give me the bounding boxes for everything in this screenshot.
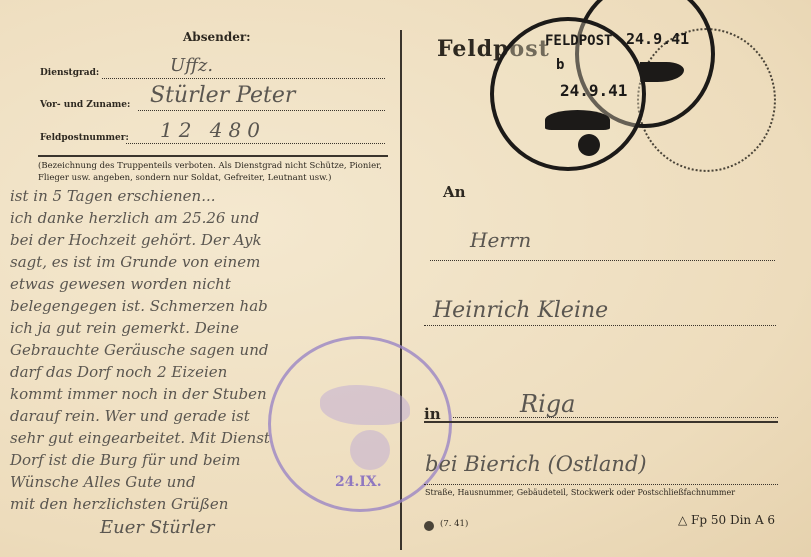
eagle-icon — [545, 110, 610, 130]
salutation-line — [430, 260, 775, 261]
city-rule — [424, 421, 778, 423]
fieldpost-line — [126, 143, 385, 144]
fieldpost-label: Feldpostnummer: — [40, 133, 129, 143]
rank-label: Dienstgrad: — [40, 68, 99, 78]
message-line: darauf rein. Wer und gerade ist — [10, 407, 250, 425]
message-line: Wünsche Alles Gute und — [10, 473, 196, 491]
sender-rule — [38, 155, 388, 157]
message-line: Gebrauchte Geräusche sagen und — [10, 341, 268, 359]
fieldpost-value: 12 480 — [160, 118, 266, 142]
recipient-city: Riga — [520, 390, 575, 418]
name-label: Vor- und Zuname: — [40, 100, 130, 110]
name-line — [138, 110, 385, 111]
message-line: darf das Dorf noch 2 Eizeien — [10, 363, 227, 381]
form-code: △ Fp 50 Din A 6 — [678, 513, 775, 527]
name-line — [424, 325, 776, 326]
recipient-street: bei Bierich (Ostland) — [425, 452, 647, 476]
message-line: sehr gut eingearbeitet. Mit Dienst — [10, 429, 270, 447]
message-line: etwas gewesen worden nicht — [10, 275, 231, 293]
message-line: kommt immer noch in der Stuben — [10, 385, 267, 403]
city-line — [453, 417, 778, 418]
message-line: belegengegen ist. Schmerzen hab — [10, 297, 268, 315]
street-line — [424, 484, 778, 485]
message-line: mit den herzlichsten Grüßen — [10, 495, 228, 513]
message-line: Dorf ist die Burg für und beim — [10, 451, 240, 469]
censor-date: 24.IX. — [335, 474, 382, 490]
message-line: sagt, es ist im Grunde von einem — [10, 253, 260, 271]
to-label: An — [443, 183, 466, 201]
name-value: Stürler Peter — [150, 83, 295, 108]
postmark-secondary-date: 24.9.41 — [626, 30, 689, 48]
print-code: (7. 41) — [440, 518, 468, 530]
message-line: ist in 5 Tagen erschienen... — [10, 187, 216, 205]
postmark-text: FELDPOST — [545, 33, 612, 49]
sender-heading: Absender: — [183, 30, 251, 44]
rank-line — [102, 78, 385, 79]
wreath-icon — [578, 134, 600, 156]
message-line: bei der Hochzeit gehört. Der Ayk — [10, 231, 262, 249]
rank-value: Uffz. — [170, 55, 213, 76]
sender-note: (Bezeichnung des Truppenteils verboten. … — [38, 160, 390, 184]
message-signature: Euer Stürler — [100, 517, 215, 538]
printer-mark-icon — [424, 521, 434, 531]
recipient-name: Heinrich Kleine — [433, 298, 608, 323]
street-label: Straße, Hausnummer, Gebäudeteil, Stockwe… — [425, 487, 735, 499]
message-line: ich ja gut rein gemerkt. Deine — [10, 319, 239, 337]
salutation-value: Herrn — [470, 228, 531, 252]
postmark-letter: b — [556, 57, 564, 73]
wreath-icon — [350, 430, 390, 470]
message-line: ich danke herzlich am 25.26 und — [10, 209, 259, 227]
feldpost-postcard: Absender: Dienstgrad: Uffz. Vor- und Zun… — [0, 0, 811, 557]
postmark-date: 24.9.41 — [560, 81, 627, 100]
